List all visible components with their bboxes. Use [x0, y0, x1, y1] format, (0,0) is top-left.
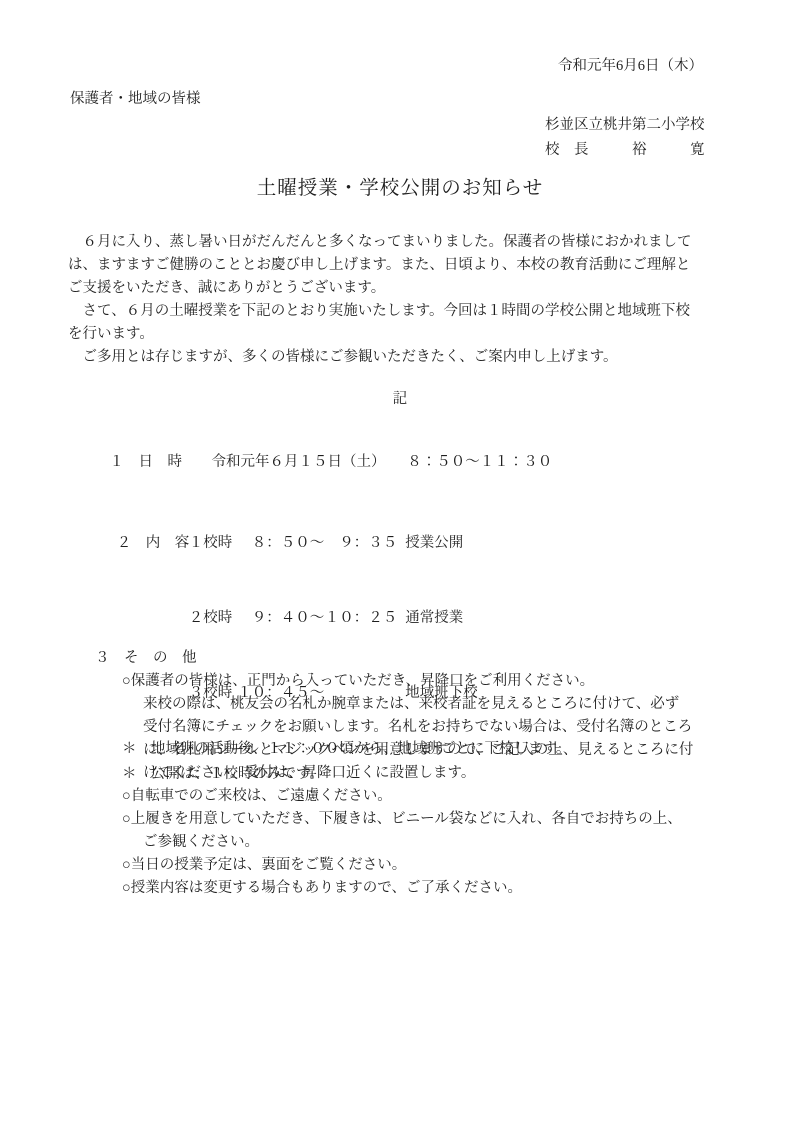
notice-document-page: 令和元年6月6日（木） 保護者・地域の皆様 杉並区立桃井第二小学校 校 長 裕 … [0, 0, 800, 1131]
paragraph: ご多用とは存じますが、多くの皆様にご参観いただきたく、ご案内申し上げます。 [68, 346, 752, 369]
other-item-line: けてください。受付は、昇降口近くに設置します。 [143, 762, 693, 785]
other-item: ○自転車でのご来校は、ご遠慮ください。 [95, 785, 693, 808]
section-other: ３ そ の 他 ○保護者の皆様は、正門から入っていただき、昇降口をご利用ください… [95, 647, 693, 900]
other-item-line: 受付名簿にチェックをお願いします。名札をお持ちでない場合は、受付名簿のところ [143, 716, 693, 739]
other-item-line: 来校の際は、桃友会の名札か腕章または、来校者証を見えるところに付けて、必ず [143, 693, 693, 716]
paragraph-line: さて、６月の土曜授業を下記のとおり実施いたします。今回は１時間の学校公開と地域班… [68, 300, 752, 323]
paragraph-line: ご支援をいただき、誠にありがとうございます。 [68, 277, 752, 300]
schedule-time-separator: ～ [310, 535, 325, 551]
section-datetime: １ 日 時令和元年６月１５日（土） ８：５０～１１：３０ [95, 433, 552, 488]
schedule-end-time: １０：２５ [324, 606, 397, 631]
other-item: ○上履きを用意していただき、下履きは、ビニール袋などに入れ、各自でお持ちの上、 … [95, 808, 693, 854]
section-contents-label: ２ 内 容 [117, 531, 189, 556]
other-item-line: ○保護者の皆様は、正門から入っていただき、昇降口をご利用ください。 [122, 670, 693, 693]
sender-school-name: 杉並区立桃井第二小学校 [545, 113, 705, 134]
sender-principal-name: 校 長 裕 寛 [545, 138, 705, 159]
schedule-activity: 授業公開 [405, 531, 463, 556]
other-item-line: ○自転車でのご来校は、ご遠慮ください。 [122, 785, 693, 808]
other-item: ○授業内容は変更する場合もありますので、ご了承ください。 [95, 877, 693, 900]
schedule-row: ２校時９：４０～１０：２５通常授業 [95, 581, 570, 656]
schedule-period: ２校時 [189, 606, 237, 631]
other-item-line: ○上履きを用意していただき、下履きは、ビニール袋などに入れ、各自でお持ちの上、 [122, 808, 693, 831]
paragraph-line: ６月に入り、蒸し暑い日がだんだんと多くなってまいりました。保護者の皆様におかれま… [68, 231, 752, 254]
paragraph-line: を行います。 [68, 323, 752, 346]
paragraph: ６月に入り、蒸し暑い日がだんだんと多くなってまいりました。保護者の皆様におかれま… [68, 231, 752, 300]
paragraph-line: ご多用とは存じますが、多くの皆様にご参観いただきたく、ご案内申し上げます。 [68, 346, 752, 369]
section-datetime-label: １ 日 時 [110, 450, 212, 471]
other-item: ○保護者の皆様は、正門から入っていただき、昇降口をご利用ください。 来校の際は、… [95, 670, 693, 785]
ki-marker: 記 [0, 387, 800, 408]
section-other-label: ３ そ の 他 [95, 647, 693, 670]
paragraph: さて、６月の土曜授業を下記のとおり実施いたします。今回は１時間の学校公開と地域班… [68, 300, 752, 346]
other-item-line: ○授業内容は変更する場合もありますので、ご了承ください。 [122, 877, 693, 900]
schedule-end-time: ９：３５ [324, 531, 397, 556]
schedule-start-time: ９：４０ [237, 606, 310, 631]
document-title: 土曜授業・学校公開のお知らせ [0, 172, 800, 200]
schedule-time-separator: ～ [310, 610, 325, 626]
other-item: ○当日の授業予定は、裏面をご覧ください。 [95, 854, 693, 877]
other-item-line: に、名札用シールとマジックペンを用意しますので、ご記入の上、見えるところに付 [143, 739, 693, 762]
schedule-start-time: ８：５０ [237, 531, 310, 556]
other-item-line: ご参観ください。 [143, 831, 693, 854]
schedule-activity: 通常授業 [405, 606, 463, 631]
document-date: 令和元年6月6日（木） [558, 54, 703, 75]
section-datetime-value: 令和元年６月１５日（土） ８：５０～１１：３０ [212, 454, 553, 470]
schedule-period: １校時 [189, 531, 237, 556]
body-paragraphs: ６月に入り、蒸し暑い日がだんだんと多くなってまいりました。保護者の皆様におかれま… [68, 231, 752, 369]
schedule-row: ２ 内 容１校時８：５０～９：３５授業公開 [95, 506, 570, 581]
paragraph-line: は、ますますご健勝のこととお慶び申し上げます。また、日頃より、本校の教育活動にご… [68, 254, 752, 277]
addressee-line: 保護者・地域の皆様 [70, 87, 201, 108]
other-item-line: ○当日の授業予定は、裏面をご覧ください。 [122, 854, 693, 877]
